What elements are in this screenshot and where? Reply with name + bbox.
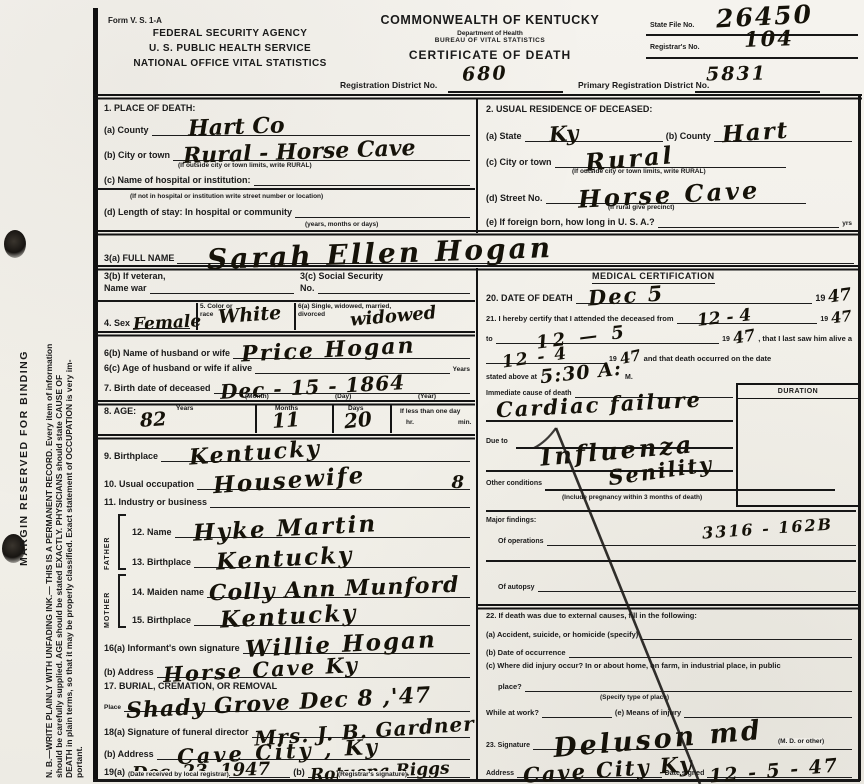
field-last-saw-alive: 12 - 4 19 47 and that death occurred on … [486, 346, 852, 364]
informant-label: 16(a) Informant's own signature [104, 643, 240, 654]
attended-to-19: 19 [722, 336, 730, 344]
certificate-title: CERTIFICATE OF DEATH [340, 48, 640, 62]
stated-above-label: stated above at [486, 374, 537, 382]
funeral-address-label: (b) Address [104, 749, 154, 760]
street-no-label: (d) Street No. [486, 193, 543, 204]
registrar-no-underline [646, 57, 858, 59]
margin-nb-line4: portant. [74, 90, 84, 778]
precinct-note: (If rural give precinct) [608, 204, 674, 212]
primary-district-underline [695, 91, 820, 93]
field-burial-place: Place Shady Grove Dec 8 ,'47 [104, 688, 470, 712]
commonwealth-title: COMMONWEALTH OF KENTUCKY [340, 13, 640, 28]
reg-district-underline [448, 91, 563, 93]
field-residence-state-county: (a) State Ky (b) County Hart [486, 118, 852, 142]
occupation-value: Housewife [212, 466, 366, 497]
age-hr-label: hr. [406, 419, 414, 427]
field-age: 8. AGE: Years 82 Months 11 Days 20 If le… [100, 405, 474, 433]
age-label: 8. AGE: [104, 406, 136, 417]
field-marital-status: 6(a) Single, widowed, married, divorced … [298, 303, 472, 330]
registrar-sig-label: (b) [293, 767, 305, 778]
other-conditions-label: Other conditions [486, 480, 542, 488]
field-birth-date: 7. Birth date of deceased Dec - 15 - 186… [104, 372, 470, 394]
due-to-label: Due to [486, 438, 508, 446]
registrar-sig-caption: (Registrar's signature) [338, 771, 407, 779]
death-time-m: M. [625, 374, 633, 382]
operations-line2 [486, 560, 856, 562]
field-spouse-name: 6(b) Name of husband or wife Price Hogan [104, 337, 470, 359]
while-at-work-label: While at work? [486, 709, 539, 718]
field-date-of-death: 20. DATE OF DEATH Dec 5 19 47 [486, 284, 852, 304]
age-days-value: 20 [343, 410, 373, 431]
attended-from-year: 47 [830, 309, 853, 325]
age-divider3 [390, 405, 392, 433]
date-of-death-label: 20. DATE OF DEATH [486, 293, 573, 304]
agency-line2: U. S. PUBLIC HEALTH SERVICE [100, 43, 360, 55]
father-birthplace-value: Kentucky [216, 546, 354, 574]
field-sex: 4. Sex Female [104, 305, 190, 329]
margin-binding-text: MARGIN RESERVED FOR BINDING [14, 236, 30, 566]
occurrence-date-label: (b) Date of occurrence [486, 649, 566, 658]
state-file-label: State File No. [650, 22, 694, 30]
residence-county-value: Hart [721, 121, 790, 146]
foreign-born-label: (e) If foreign born, how long in U. S. A… [486, 217, 655, 228]
margin-nb-text: N. B.—WRITE PLAINLY WITH UNFADING INK.— … [44, 90, 90, 778]
physician-signature-label: 23. Signature [486, 742, 530, 750]
field-occurrence-date: (b) Date of occurrence [486, 644, 852, 658]
field-attended-from: 21. I hereby certify that I attended the… [486, 306, 852, 324]
date-received-label: 19(a) [104, 767, 125, 778]
form-number: Form V. S. 1-A [108, 16, 162, 25]
reg-district-value: 680 [462, 65, 508, 84]
immediate-cause-value: Cardiac failure [496, 391, 703, 421]
external-causes-title: 22. If death was due to external causes,… [486, 612, 697, 621]
rural-note-left: (If outside city or town limits, write R… [178, 162, 312, 170]
pregnancy-note: (Include pregnancy within 3 months of de… [562, 494, 702, 502]
birthplace-label: 9. Birthplace [104, 451, 158, 462]
informant-address-label: (b) Address [104, 667, 154, 678]
rule-under-3bc [97, 300, 475, 302]
duration-label: DURATION [738, 388, 858, 396]
birth-date-label: 7. Birth date of deceased [104, 383, 211, 394]
field-informant-address: (b) Address Horse Cave Ky [104, 656, 470, 678]
divider-4-5 [196, 303, 198, 330]
rule-under-8 [97, 434, 475, 436]
operations-label: Of operations [498, 538, 544, 546]
mother-bracket [118, 574, 126, 628]
field-social-security: 3(c) Social Security No. [300, 271, 470, 299]
margin-binding-label: MARGIN RESERVED FOR BINDING [18, 350, 30, 566]
father-bracket [118, 514, 126, 570]
field-injury-place: place? [498, 678, 852, 692]
reg-district-label: Registration District No. [340, 80, 437, 90]
margin-nb-line3: DEATH in plain terms, so that it may be … [64, 90, 74, 778]
field-veteran: 3(b) If veteran, Name war [104, 271, 294, 299]
mother-name-label: 14. Maiden name [132, 587, 204, 598]
field-color-race: 5. Color or race White [200, 303, 292, 330]
veteran-war-label: Name war [104, 283, 147, 294]
major-findings-label: Major findings: [486, 517, 536, 525]
field-physician-address: Address Cave City Ky Date signed 12 - 5 … [486, 754, 852, 778]
sex-label: 4. Sex [104, 318, 130, 329]
physician-address-label: Address [486, 770, 514, 778]
date-received-caption: (Date received by local registrar) [128, 771, 229, 779]
attended-to-year: 47 [732, 328, 756, 346]
duration-box: DURATION [736, 383, 860, 507]
industry-label: 11. Industry or business [104, 497, 207, 508]
field-street-no: (d) Street No. Horse Cave [486, 178, 806, 204]
form-top-rule [93, 94, 862, 96]
date-of-death-value: Dec 5 [587, 284, 664, 308]
veteran-label: 3(b) If veteran, [104, 271, 294, 282]
hospital-note: (If not in hospital or institution write… [130, 193, 323, 201]
spouse-name-label: 6(b) Name of husband or wife [104, 348, 230, 359]
margin-nb-line1: N. B.—WRITE PLAINLY WITH UNFADING INK.— … [44, 90, 54, 778]
field-while-at-work: While at work? (e) Means of injury [486, 704, 852, 718]
father-birthplace-label: 13. Birthplace [132, 557, 191, 568]
hospital-label: (c) Name of hospital or institution: [104, 175, 251, 186]
rule-under-456 [97, 331, 475, 333]
field-physician-signature: 23. Signature Deluson md [486, 722, 852, 750]
attended-to-label: to [486, 336, 493, 344]
death-occurred-text: and that death occurred on the date [644, 355, 772, 364]
date-of-death-year: 47 [827, 287, 853, 305]
rule-hospital [97, 188, 475, 190]
age-divider2 [332, 405, 334, 433]
field-funeral-address: (b) Address Cave City , Ky [104, 740, 470, 760]
age-min-label: min. [458, 419, 471, 427]
cause-line2 [486, 420, 733, 422]
length-of-stay-note: (years, months or days) [305, 221, 378, 229]
commonwealth-block: COMMONWEALTH OF KENTUCKY Department of H… [340, 13, 640, 62]
attended-from-19: 19 [820, 316, 828, 324]
md-or-other-note: (M. D. or other) [778, 738, 824, 746]
primary-district-label: Primary Registration District No. [578, 80, 709, 90]
residence-title: 2. USUAL RESIDENCE OF DECEASED: [486, 104, 652, 115]
dept-of-health: Department of Health [340, 30, 640, 38]
injury-place-label: place? [498, 683, 522, 692]
bureau-vital-stats: BUREAU OF VITAL STATISTICS [340, 37, 640, 45]
field-attended-to: to 12 — 5 19 47 , that I last saw him al… [486, 326, 852, 344]
length-of-stay-label: (d) Length of stay: In hospital or commu… [104, 207, 292, 218]
field-foreign-born: (e) If foreign born, how long in U. S. A… [486, 214, 852, 228]
field-full-name: 3(a) FULL NAME Sarah Ellen Hogan [104, 236, 854, 264]
field-stated-above: stated above at 5:30 A: M. [486, 364, 736, 382]
form-left-border [93, 8, 98, 782]
occupation-code: 8 [451, 475, 464, 491]
sex-value: Female [133, 314, 202, 333]
field-mother-name: 14. Maiden name Colly Ann Munford [132, 572, 470, 598]
burial-place-label: Place [104, 704, 121, 712]
agency-block: FEDERAL SECURITY AGENCY U. S. PUBLIC HEA… [100, 28, 360, 69]
father-name-label: 12. Name [132, 527, 172, 538]
agency-line1: FEDERAL SECURITY AGENCY [100, 28, 360, 40]
marital-value: widowed [349, 305, 437, 329]
ssn-no-label: No. [300, 283, 315, 294]
field-informant: 16(a) Informant's own signature Willie H… [104, 630, 470, 654]
age-years-value: 82 [139, 411, 167, 430]
registrar-no-label: Registrar's No. [650, 44, 700, 52]
full-name-label: 3(a) FULL NAME [104, 253, 174, 264]
occupation-label: 10. Usual occupation [104, 479, 194, 490]
rule-above-22 [478, 604, 858, 606]
specify-place-note: (Specify type of place) [600, 694, 669, 702]
mother-birthplace-value: Kentucky [220, 604, 358, 632]
field-length-of-stay: (d) Length of stay: In hospital or commu… [104, 202, 470, 218]
field-autopsy: Of autopsy [498, 578, 856, 592]
date-of-death-19: 19 [815, 293, 825, 304]
mother-group-label: MOTHER [104, 576, 111, 628]
accident-type-label: (a) Accident, suicide, or homicide (spec… [486, 631, 638, 640]
field-funeral-director: 18(a) Signature of funeral director Mrs.… [104, 714, 470, 738]
injury-where-label: (c) Where did injury occur? In or about … [486, 662, 852, 671]
birthplace-value: Kentucky [189, 440, 322, 469]
field-city-town: (b) City or town Rural - Horse Cave [104, 137, 470, 161]
county-label: (a) County [104, 125, 149, 136]
center-divider-upper [476, 98, 478, 233]
age-years-header: Years [176, 405, 193, 413]
field-mother-birthplace: 15. Birthplace Kentucky [132, 600, 470, 626]
age-divider1 [255, 405, 257, 433]
father-name-value: Hyke Martin [192, 515, 377, 545]
age-less-label: If less than one day [400, 408, 460, 416]
mother-birthplace-label: 15. Birthplace [132, 615, 191, 626]
field-father-name: 12. Name Hyke Martin [132, 512, 470, 538]
field-birthplace: 9. Birthplace Kentucky [104, 440, 470, 462]
last-saw-alive-text: , that I last saw him alive a [758, 335, 852, 344]
margin-nb-line2: should be carefully supplied. AGE should… [54, 90, 64, 778]
funeral-director-label: 18(a) Signature of funeral director [104, 727, 249, 738]
color-race-value: White [217, 305, 281, 326]
attended-from-label: 21. I hereby certify that I attended the… [486, 315, 674, 324]
center-divider-lower [476, 268, 478, 780]
ssn-label: 3(c) Social Security [300, 271, 470, 282]
rule-under-7 [97, 400, 475, 402]
registrar-no-value: 104 [744, 29, 794, 50]
father-group-label: FATHER [104, 516, 111, 570]
autopsy-label: Of autopsy [498, 584, 535, 592]
primary-district-value: 5831 [706, 65, 767, 83]
rural-note-right: (If outside city or town limits, write R… [572, 168, 706, 176]
means-of-injury-label: (e) Means of injury [615, 709, 681, 718]
field-occupation: 10. Usual occupation Housewife 8 [104, 466, 470, 490]
residence-state-label: (a) State [486, 131, 522, 142]
field-hospital: (c) Name of hospital or institution: [104, 170, 470, 186]
city-town-label: (b) City or town [104, 150, 170, 161]
field-industry: 11. Industry or business [104, 494, 470, 508]
death-time-value: 5:30 A: [539, 361, 622, 387]
foreign-born-unit: yrs [842, 220, 852, 228]
major-top-line [486, 510, 856, 512]
age-months-value: 11 [271, 410, 300, 430]
field-father-birthplace: 13. Birthplace Kentucky [132, 542, 470, 568]
agency-line3: NATIONAL OFFICE VITAL STATISTICS [100, 58, 360, 70]
rule-under-section1 [97, 230, 858, 232]
field-residence-city: (c) City or town Rural [486, 144, 786, 168]
death-certificate-scan: MARGIN RESERVED FOR BINDING N. B.—WRITE … [0, 0, 864, 784]
residence-state-value: Ky [548, 124, 579, 145]
residence-city-label: (c) City or town [486, 157, 552, 168]
divider-5-6a [294, 303, 296, 330]
field-accident-type: (a) Accident, suicide, or homicide (spec… [486, 626, 852, 640]
field-county: (a) County Hart Co [104, 112, 470, 136]
